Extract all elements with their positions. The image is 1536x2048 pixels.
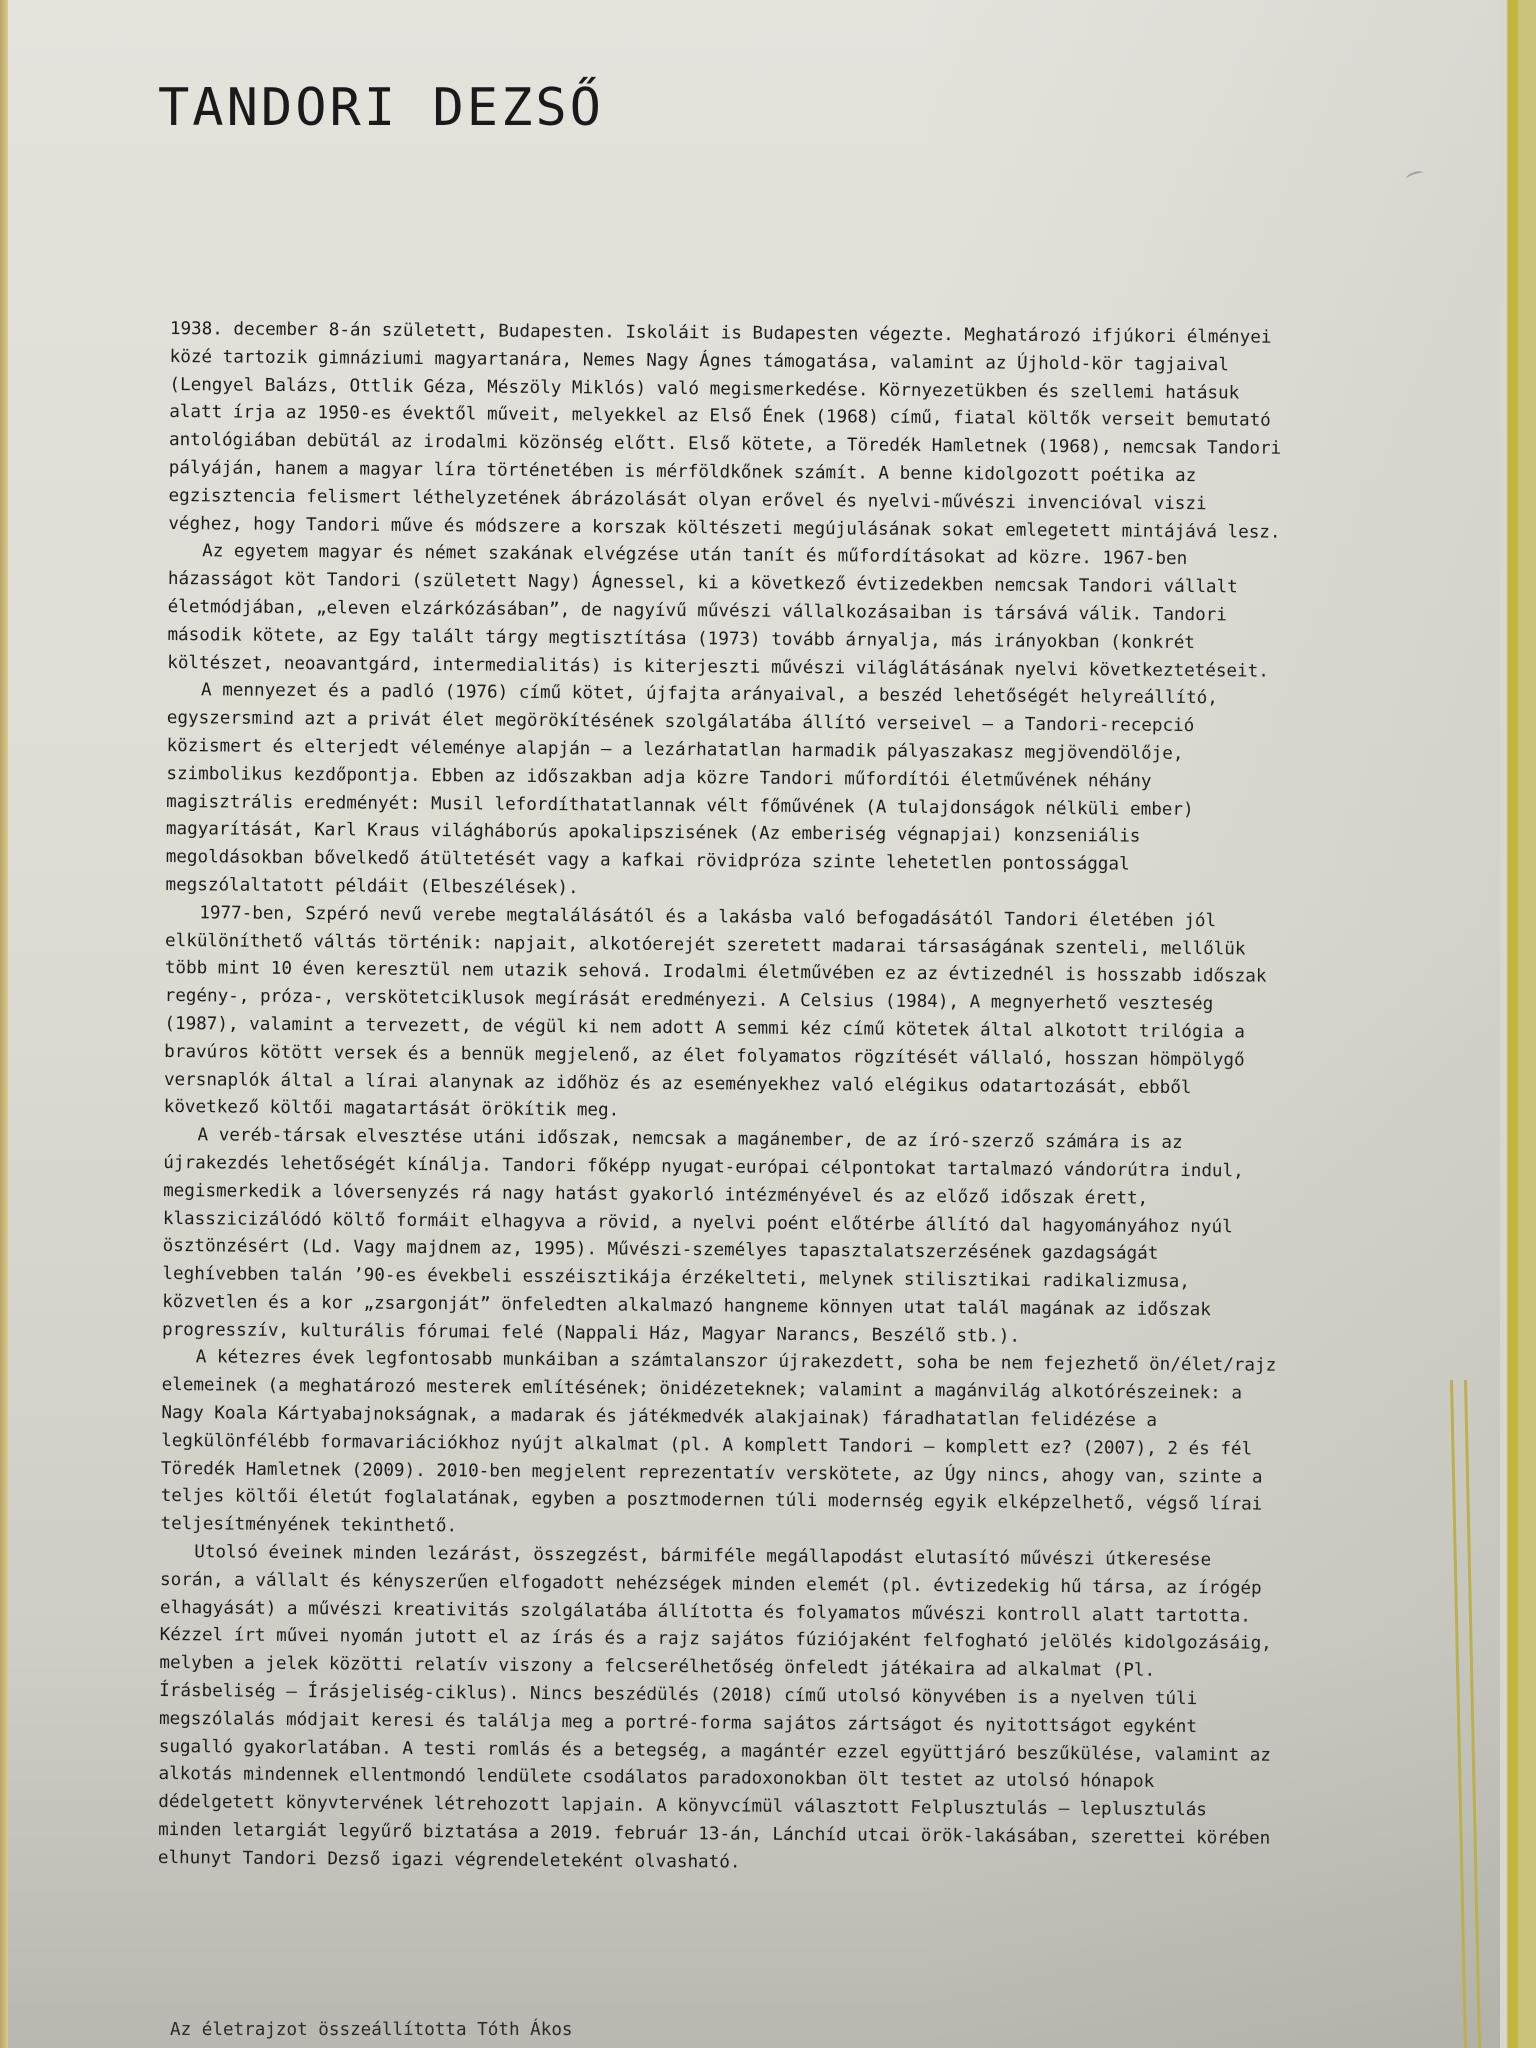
biography-poster: TANDORI DEZSŐ 1938. december 8-án szület… bbox=[8, 0, 1518, 2048]
paragraph-mennyezet-period: A mennyezet és a padló (1976) című kötet… bbox=[165, 677, 1287, 908]
poster-frame-left-edge bbox=[0, 0, 8, 2048]
paragraph-final-years: Utolsó éveinek minden lezárást, összegzé… bbox=[158, 1539, 1281, 1881]
paragraph-sparrow-period: 1977-ben, Szpéró nevű verebe megtalálásá… bbox=[164, 900, 1286, 1131]
paragraph-university-and-marriage: Az egyetem magyar és német szakának elvé… bbox=[167, 538, 1288, 686]
author-credit: Az életrajzot összeállította Tóth Ákos bbox=[170, 2020, 573, 2040]
paper-scratch-mark bbox=[1405, 169, 1425, 182]
paragraph-after-sparrows: A veréb-társak elvesztése utáni időszak,… bbox=[162, 1122, 1284, 1353]
yellow-stripe bbox=[1450, 1380, 1467, 2048]
paragraph-birth-and-debut: 1938. december 8-án született, Budapeste… bbox=[168, 316, 1290, 547]
poster-frame-right-edge bbox=[1500, 0, 1518, 2048]
page-title: TANDORI DEZSŐ bbox=[158, 78, 604, 138]
biography-text: 1938. december 8-án született, Budapeste… bbox=[158, 316, 1290, 1881]
yellow-stripe bbox=[1464, 1380, 1481, 2048]
paragraph-2000s: A kétezres évek legfontosabb munkáiban a… bbox=[160, 1344, 1281, 1547]
